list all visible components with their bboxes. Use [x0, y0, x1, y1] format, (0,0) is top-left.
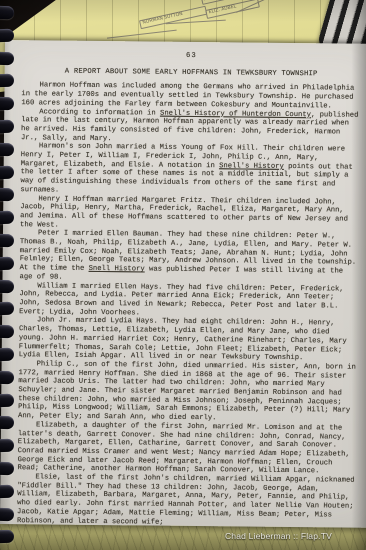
paragraph: William I married Ellen Hays. They had f… [19, 282, 358, 320]
binding-tooth [0, 234, 14, 248]
paragraph: John Jr. married Lydia Hays. They had ei… [19, 317, 358, 364]
paragraph: Elsie, last of the first John's children… [17, 473, 357, 529]
paragraph: According to information in Snell's Hist… [21, 108, 360, 146]
binding-tooth [0, 416, 14, 430]
page-title: A REPORT ABOUT SOME EARLY HOFFMANS IN TE… [22, 67, 361, 79]
chart-box: NORMAN SUTTON [139, 6, 207, 29]
binding-tooth [0, 211, 14, 225]
paragraph: Philip C., son of the first John, died u… [18, 360, 358, 424]
binding-tooth [0, 462, 14, 476]
chart-box: ELIZ. AUBEL [205, 0, 260, 19]
watermark: Chad Lieberman :: Flap.TV [225, 531, 332, 541]
binding-tooth [0, 439, 14, 453]
binding-tooth [0, 165, 14, 179]
binding-tooth [0, 74, 14, 88]
binding-tooth [0, 142, 14, 156]
document-page: 63 A REPORT ABOUT SOME EARLY HOFFMANS IN… [0, 40, 366, 528]
binding-tooth [0, 120, 14, 134]
binding-tooth [0, 188, 14, 202]
binding-tooth [0, 302, 14, 316]
binding-tooth [0, 530, 14, 544]
binding-tooth [0, 325, 14, 339]
binding-tooth [0, 97, 14, 111]
binding-tooth [0, 393, 14, 407]
paragraph: Harmon's son John married a Miss Young o… [20, 143, 360, 199]
binding-tooth [0, 6, 14, 20]
chart-connector-line [107, 30, 177, 39]
paragraph: Peter I married Ellen Bauman. They had t… [19, 230, 359, 286]
binding-tooth [0, 348, 14, 362]
paragraph: Henry I Hoffman married Margaret Fritz. … [20, 195, 359, 233]
document-body: Harmon Hoffman was included among the Ge… [17, 82, 361, 529]
comb-binding [0, 0, 22, 550]
paragraph: Harmon Hoffman was included among the Ge… [21, 82, 360, 112]
photo-of-document: { "notepad": { "annotations": [ { "style… [0, 0, 366, 550]
binding-tooth [0, 507, 14, 521]
binding-tooth [0, 28, 14, 42]
page-number: 63 [22, 50, 361, 62]
binding-tooth [0, 279, 14, 293]
binding-tooth [0, 370, 14, 384]
binding-tooth [0, 484, 14, 498]
paragraph: Elizabeth, a daughter of the first John,… [17, 421, 357, 477]
binding-tooth [0, 51, 14, 65]
binding-tooth [0, 256, 14, 270]
